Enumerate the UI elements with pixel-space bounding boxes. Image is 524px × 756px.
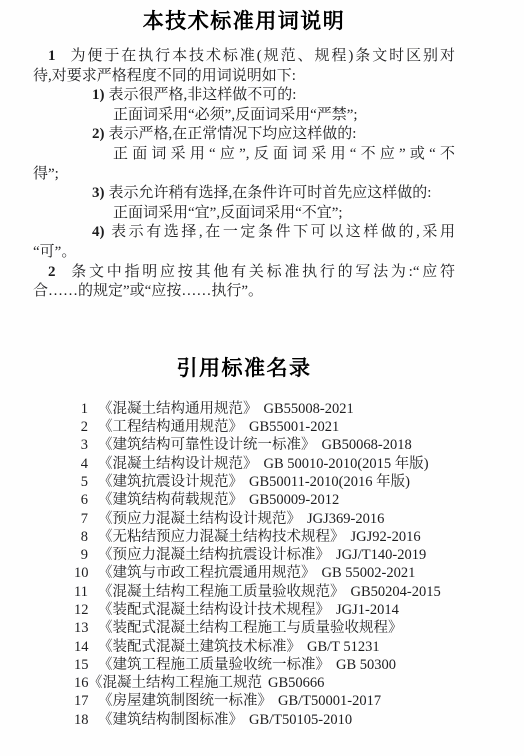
reference-item: 5《建筑抗震设计规范》GB50011-2010(2016 年版) (74, 473, 455, 491)
reference-code: GB 50300 (336, 657, 396, 673)
reference-number: 12 (74, 601, 88, 619)
reference-number: 16 (74, 674, 87, 692)
reference-code: GB/T 51231 (307, 639, 380, 655)
reference-number: 4 (74, 455, 88, 473)
reference-item: 17《房屋建筑制图统一标准》GB/T50001-2017 (74, 692, 455, 710)
reference-item: 10《建筑与市政工程抗震通用规范》GB 55002-2021 (74, 564, 455, 582)
clause-marker: 4) (92, 224, 105, 240)
reference-item: 16《混凝土结构工程施工规范GB50666 (74, 674, 455, 692)
paragraph-line: 正面词采用“应”,反面词采用“不应”或“不 (33, 145, 455, 165)
paragraph-line: 合……的规定”或“应按……执行”。 (33, 282, 455, 302)
reference-item: 9《预应力混凝土结构抗震设计标准》JGJ/T140-2019 (74, 546, 455, 564)
reference-number: 14 (74, 638, 88, 656)
reference-number: 2 (74, 418, 88, 436)
document-page: 本技术标准用词说明 1为便于在执行本技术标准(规范、规程)条文时区别对待,对要求… (0, 0, 524, 756)
clause-marker: 1 (48, 48, 56, 64)
reference-number: 5 (74, 473, 88, 491)
reference-name: 《工程结构通用规范》 (98, 419, 243, 435)
reference-item: 12《装配式混凝土结构设计技术规程》JGJ1-2014 (74, 601, 455, 619)
referenced-standards-title: 引用标准名录 (33, 356, 455, 380)
reference-code: GB 55002-2021 (322, 565, 416, 581)
terminology-section-title: 本技术标准用词说明 (33, 0, 455, 33)
reference-item: 11《混凝土结构工程施工质量验收规范》GB50204-2015 (74, 583, 455, 601)
reference-number: 7 (74, 510, 88, 528)
reference-code: GB55001-2021 (249, 419, 339, 435)
reference-number: 15 (74, 656, 88, 674)
terminology-paragraph: 1为便于在执行本技术标准(规范、规程)条文时区别对待,对要求严格程度不同的用词说… (33, 47, 455, 302)
reference-name: 《建筑抗震设计规范》 (98, 474, 243, 490)
reference-number: 18 (74, 711, 88, 729)
reference-name: 《混凝土结构工程施工质量验收规范》 (98, 584, 345, 600)
reference-name: 《预应力混凝土结构设计规范》 (98, 511, 301, 527)
reference-item: 3《建筑结构可靠性设计统一标准》GB50068-2018 (74, 436, 455, 454)
reference-item: 18《建筑结构制图标准》GB/T50105-2010 (74, 711, 455, 729)
reference-number: 6 (74, 491, 88, 509)
reference-code: JGJ92-2016 (351, 529, 421, 545)
reference-name: 《建筑工程施工质量验收统一标准》 (98, 657, 330, 673)
reference-code: GB/T50105-2010 (249, 712, 352, 728)
reference-number: 1 (74, 400, 88, 418)
reference-item: 7《预应力混凝土结构设计规范》JGJ369-2016 (74, 510, 455, 528)
paragraph-line: 得”; (33, 165, 455, 185)
reference-name: 《混凝土结构工程施工规范 (88, 675, 262, 691)
reference-name: 《建筑结构制图标准》 (98, 712, 243, 728)
reference-code: GB50011-2010(2016 年版) (249, 474, 410, 490)
paragraph-line: 3)表示允许稍有选择,在条件许可时首先应这样做的: (33, 184, 455, 204)
reference-number: 9 (74, 546, 88, 564)
reference-code: GB50009-2012 (249, 492, 339, 508)
paragraph-line: 1)表示很严格,非这样做不可的: (33, 86, 455, 106)
paragraph-line: “可”。 (33, 243, 455, 263)
reference-code: GB50068-2018 (322, 437, 412, 453)
reference-name: 《房屋建筑制图统一标准》 (98, 693, 272, 709)
reference-name: 《建筑与市政工程抗震通用规范》 (98, 565, 316, 581)
reference-number: 10 (74, 564, 88, 582)
reference-code: JGJ1-2014 (336, 602, 399, 618)
reference-code: GB55008-2021 (264, 401, 354, 417)
clause-marker: 3) (92, 185, 105, 201)
reference-item: 8《无粘结预应力混凝土结构技术规程》JGJ92-2016 (74, 528, 455, 546)
reference-number: 13 (74, 619, 88, 637)
reference-code: JGJ/T140-2019 (336, 547, 426, 563)
reference-code: JGJ369-2016 (307, 511, 384, 527)
clause-marker: 2 (48, 264, 56, 280)
reference-name: 《混凝土结构设计规范》 (98, 456, 258, 472)
reference-name: 《无粘结预应力混凝土结构技术规程》 (98, 529, 345, 545)
paragraph-line: 正面词采用“必须”,反面词采用“严禁”; (33, 106, 455, 126)
reference-item: 15《建筑工程施工质量验收统一标准》GB 50300 (74, 656, 455, 674)
reference-code: GB50666 (268, 675, 324, 691)
clause-marker: 2) (92, 126, 105, 142)
reference-name: 《建筑结构荷载规范》 (98, 492, 243, 508)
reference-name: 《混凝土结构通用规范》 (98, 401, 258, 417)
referenced-standards-list: 1《混凝土结构通用规范》GB55008-20212《工程结构通用规范》GB550… (33, 400, 455, 729)
reference-number: 3 (74, 436, 88, 454)
paragraph-line: 待,对要求严格程度不同的用词说明如下: (33, 67, 455, 87)
reference-number: 17 (74, 692, 88, 710)
reference-item: 4《混凝土结构设计规范》GB 50010-2010(2015 年版) (74, 455, 455, 473)
reference-code: GB/T50001-2017 (278, 693, 381, 709)
paragraph-line: 2)表示严格,在正常情况下均应这样做的: (33, 125, 455, 145)
paragraph-line: 1为便于在执行本技术标准(规范、规程)条文时区别对 (33, 47, 455, 67)
reference-item: 13《装配式混凝土结构工程施工与质量验收规程》 (74, 619, 455, 637)
reference-name: 《装配式混凝土结构工程施工与质量验收规程》 (98, 620, 403, 636)
reference-number: 8 (74, 528, 88, 546)
reference-item: 1《混凝土结构通用规范》GB55008-2021 (74, 400, 455, 418)
page-content: 本技术标准用词说明 1为便于在执行本技术标准(规范、规程)条文时区别对待,对要求… (33, 0, 455, 729)
reference-name: 《预应力混凝土结构抗震设计标准》 (98, 547, 330, 563)
paragraph-line: 4)表示有选择,在一定条件下可以这样做的,采用 (33, 223, 455, 243)
paragraph-line: 正面词采用“宜”,反面词采用“不宜”; (33, 204, 455, 224)
reference-code: GB50204-2015 (351, 584, 441, 600)
reference-name: 《装配式混凝土建筑技术标准》 (98, 639, 301, 655)
reference-name: 《装配式混凝土结构设计技术规程》 (98, 602, 330, 618)
reference-name: 《建筑结构可靠性设计统一标准》 (98, 437, 316, 453)
reference-item: 2《工程结构通用规范》GB55001-2021 (74, 418, 455, 436)
reference-item: 6《建筑结构荷载规范》GB50009-2012 (74, 491, 455, 509)
reference-code: GB 50010-2010(2015 年版) (264, 456, 429, 472)
clause-marker: 1) (92, 87, 105, 103)
reference-item: 14《装配式混凝土建筑技术标准》GB/T 51231 (74, 638, 455, 656)
paragraph-line: 2条文中指明应按其他有关标准执行的写法为:“应符 (33, 263, 455, 283)
reference-number: 11 (74, 583, 88, 601)
